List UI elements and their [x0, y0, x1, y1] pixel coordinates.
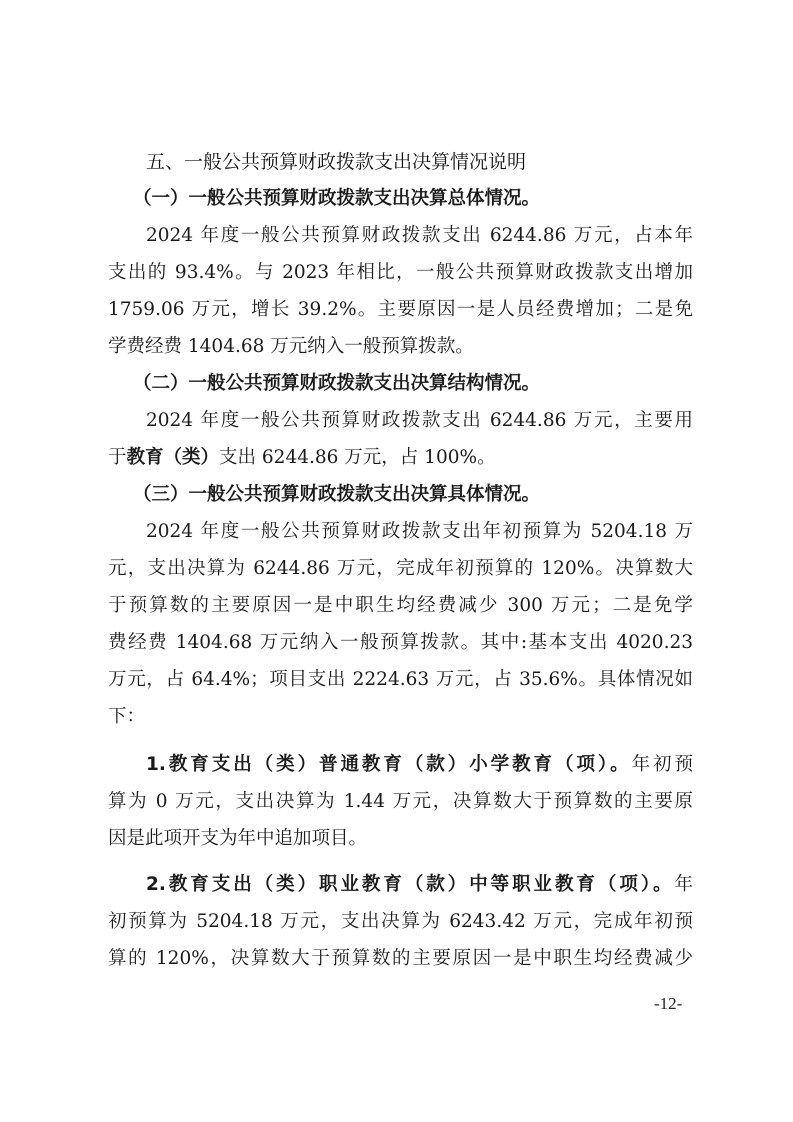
paragraph-line-mixed: 于教育（类）支出 6244.86 万元，占 100%。 — [108, 446, 693, 470]
item-1-text: 年初预 — [632, 754, 693, 775]
paragraph-line: 因是此项开支为年中追加项目。 — [108, 827, 693, 851]
bold-category: 教育（类） — [127, 447, 220, 468]
paragraph-line: 万元，占 64.4%；项目支出 2224.63 万元，占 35.6%。具体情况如 — [108, 668, 693, 692]
paragraph-line: 算为 0 万元，支出决算为 1.44 万元，决算数大于预算数的主要原 — [108, 790, 693, 814]
item-1-title: 1.教育支出（类）普通教育（款）小学教育（项）。 — [146, 754, 632, 775]
item-2-title: 2.教育支出（类）职业教育（款）中等职业教育（项）。 — [146, 874, 674, 895]
paragraph-line: 学费经费 1404.68 万元纳入一般预算拨款。 — [108, 335, 693, 359]
section-title: 五、一般公共预算财政拨款支出决算情况说明 — [146, 150, 731, 174]
paragraph-line: 费经费 1404.68 万元纳入一般预算拨款。其中:基本支出 4020.23 — [108, 631, 693, 655]
paragraph-line: 支出的 93.4%。与 2023 年相比，一般公共预算财政拨款支出增加 — [108, 261, 693, 285]
paragraph-line: 元，支出决算为 6244.86 万元，完成年初预算的 120%。决算数大 — [108, 557, 693, 581]
paragraph-line: 下： — [108, 705, 693, 729]
paragraph-line: 算的 120%，决算数大于预算数的主要原因一是中职生均经费减少 — [108, 947, 693, 971]
item-2-text: 年 — [674, 874, 693, 895]
subsection-2-title: （二）一般公共预算财政拨款支出决算结构情况。 — [133, 372, 718, 396]
paragraph-line: 2024 年度一般公共预算财政拨款支出 6244.86 万元，占本年 — [146, 224, 693, 248]
subsection-1-title: （一）一般公共预算财政拨款支出决算总体情况。 — [133, 187, 718, 211]
paragraph-line: 于预算数的主要原因一是中职生均经费减少 300 万元；二是免学 — [108, 594, 693, 618]
paragraph-line: 1759.06 万元，增长 39.2%。主要原因一是人员经费增加；二是免 — [108, 298, 693, 322]
text-prefix: 于 — [108, 447, 127, 468]
subsection-3-title: （三）一般公共预算财政拨款支出决算具体情况。 — [133, 483, 718, 507]
page-number: -12- — [654, 994, 682, 1014]
paragraph-line: 初预算为 5204.18 万元，支出决算为 6243.42 万元，完成年初预 — [108, 910, 693, 934]
document-page: 五、一般公共预算财政拨款支出决算情况说明 （一）一般公共预算财政拨款支出决算总体… — [0, 0, 793, 1122]
item-1-first-line: 1.教育支出（类）普通教育（款）小学教育（项）。年初预 — [146, 753, 693, 777]
paragraph-line: 2024 年度一般公共预算财政拨款支出年初预算为 5204.18 万 — [146, 520, 693, 544]
item-2-first-line: 2.教育支出（类）职业教育（款）中等职业教育（项）。年 — [146, 873, 693, 897]
paragraph-line: 2024 年度一般公共预算财政拨款支出 6244.86 万元，主要用 — [146, 409, 693, 433]
text-rest: 支出 6244.86 万元，占 100%。 — [219, 447, 496, 468]
